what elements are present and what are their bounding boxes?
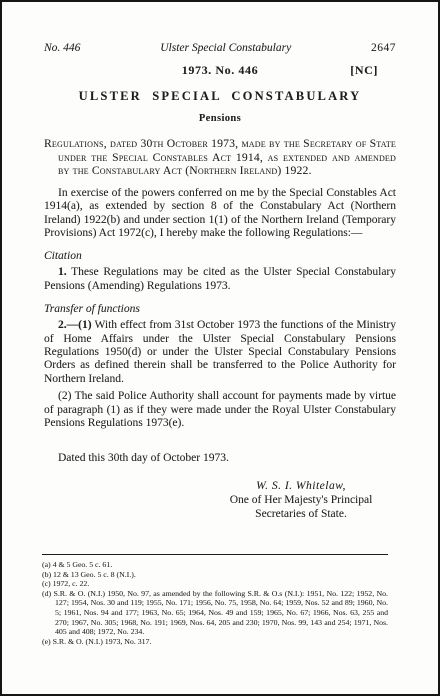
footnote-d: (d) S.R. & O. (N.I.) 1950, No. 97, as am… bbox=[42, 589, 388, 637]
footnote-label: (d) bbox=[42, 589, 51, 598]
footnotes-block: (a) 4 & 5 Geo. 5 c. 61. (b) 12 & 13 Geo.… bbox=[42, 554, 388, 646]
enacting-paragraph: In exercise of the powers conferred on m… bbox=[44, 187, 396, 241]
section-paragraph: (2) The said Police Authority shall acco… bbox=[44, 390, 396, 430]
footnote-label: (e) bbox=[42, 637, 51, 646]
year-number-line: 1973. No. 446 [NC] bbox=[44, 63, 396, 78]
section-paragraph: 2.—(1) With effect from 31st October 197… bbox=[44, 319, 396, 386]
signatory-name: W. S. I. Whitelaw, bbox=[206, 480, 396, 494]
document-page: No. 446 Ulster Special Constabulary 2647… bbox=[0, 0, 440, 696]
footnote-text: 12 & 13 Geo. 5 c. 8 (N.I.). bbox=[53, 570, 136, 579]
dated-line: Dated this 30th day of October 1973. bbox=[44, 452, 396, 464]
footnote-text: S.R. & O. (N.I.) 1973, No. 317. bbox=[53, 637, 152, 646]
footnote-rule bbox=[42, 554, 388, 555]
footnote-a: (a) 4 & 5 Geo. 5 c. 61. bbox=[42, 560, 388, 570]
section-text: With effect from 31st October 1973 the f… bbox=[44, 319, 396, 385]
section-number: (2) bbox=[58, 390, 71, 402]
footnote-e: (e) S.R. & O. (N.I.) 1973, No. 317. bbox=[42, 637, 388, 647]
section-number: 1. bbox=[58, 266, 67, 278]
page-number: 2647 bbox=[371, 42, 396, 54]
footnote-label: (a) bbox=[42, 560, 51, 569]
section-text: The said Police Authority shall account … bbox=[44, 390, 396, 429]
document-content: No. 446 Ulster Special Constabulary 2647… bbox=[44, 42, 396, 521]
footnote-b: (b) 12 & 13 Geo. 5 c. 8 (N.I.). bbox=[42, 570, 388, 580]
section-text: These Regulations may be cited as the Ul… bbox=[44, 266, 396, 291]
footnote-text: 4 & 5 Geo. 5 c. 61. bbox=[53, 560, 113, 569]
document-subtitle: Pensions bbox=[44, 113, 396, 124]
signatory-title-line1: One of Her Majesty's Principal bbox=[206, 494, 396, 508]
footnote-label: (c) bbox=[42, 579, 51, 588]
year-number: 1973. No. 446 bbox=[182, 63, 258, 77]
section-number: 2.—(1) bbox=[58, 319, 92, 331]
signatory-title-line2: Secretaries of State. bbox=[206, 508, 396, 522]
footnote-text: 1972, c. 22. bbox=[53, 579, 90, 588]
footnote-c: (c) 1972, c. 22. bbox=[42, 579, 388, 589]
running-title: Ulster Special Constabulary bbox=[160, 42, 291, 54]
section-paragraph: 1. These Regulations may be cited as the… bbox=[44, 266, 396, 293]
page-header: No. 446 Ulster Special Constabulary 2647 bbox=[44, 42, 396, 54]
corner-tag: [NC] bbox=[350, 63, 378, 78]
footnote-label: (b) bbox=[42, 570, 51, 579]
document-title: ULSTER SPECIAL CONSTABULARY bbox=[44, 89, 396, 104]
footnote-text: S.R. & O. (N.I.) 1950, No. 97, as amende… bbox=[53, 589, 388, 636]
signature-block: W. S. I. Whitelaw, One of Her Majesty's … bbox=[206, 480, 396, 521]
preamble-paragraph: Regulations, dated 30th October 1973, ma… bbox=[44, 137, 396, 178]
section-heading-citation: Citation bbox=[44, 250, 396, 262]
section-heading-transfer: Transfer of functions bbox=[44, 303, 396, 315]
document-number: No. 446 bbox=[44, 42, 80, 54]
